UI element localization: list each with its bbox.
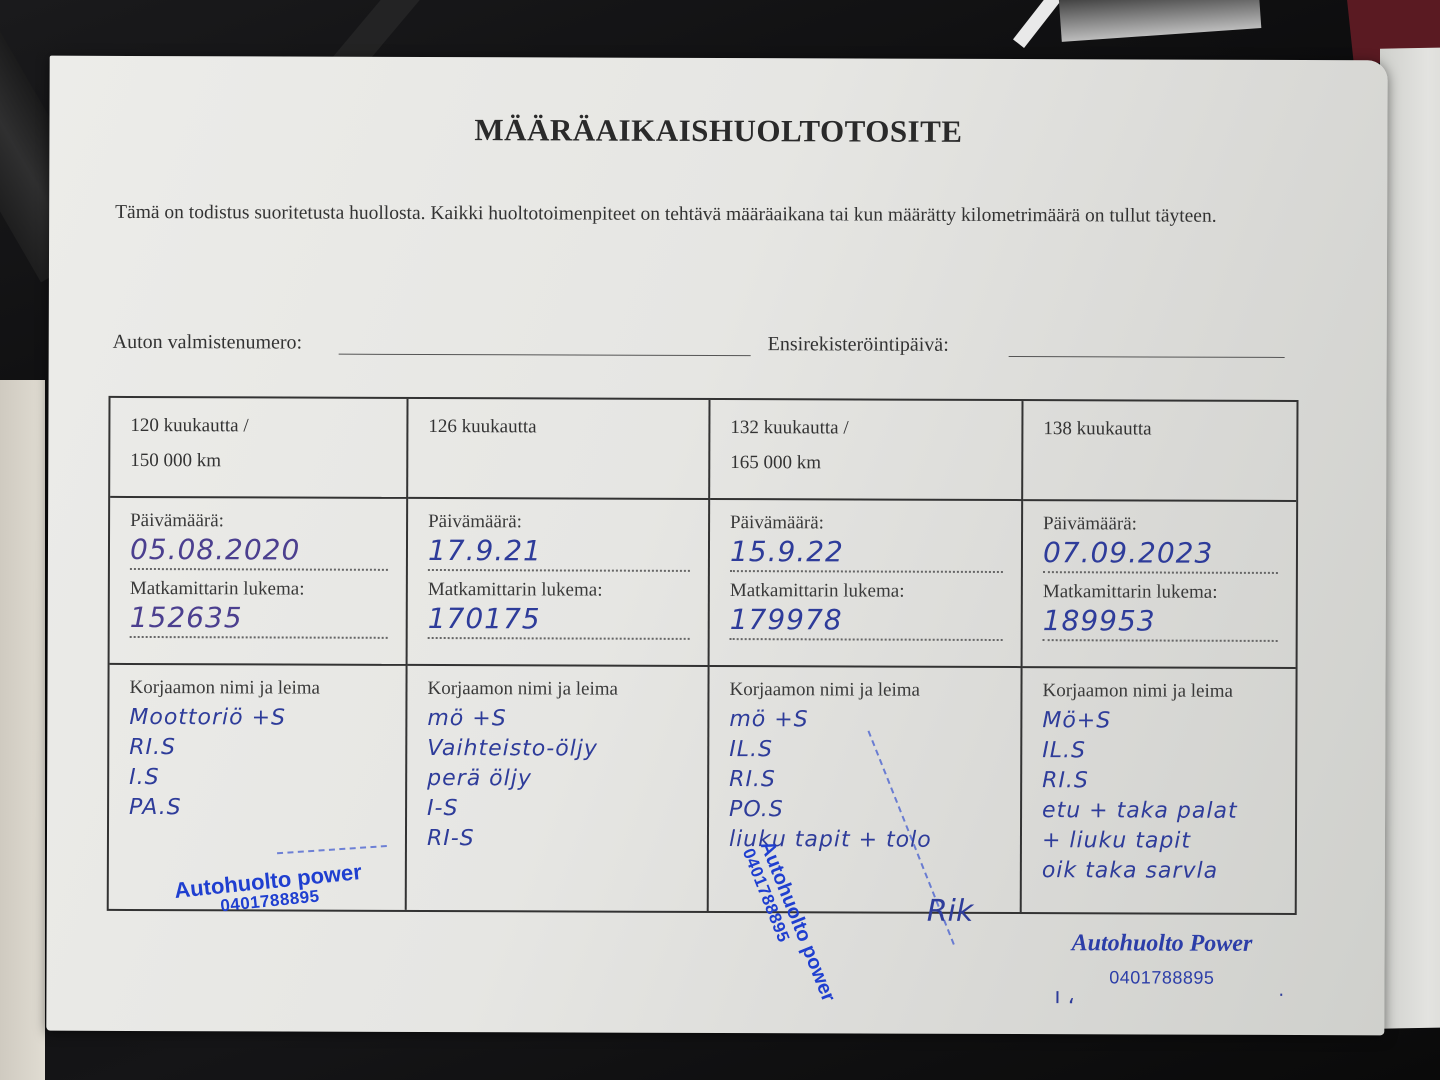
interval-months: 120 kuukautta / xyxy=(130,408,386,444)
interval-cell-3: 132 kuukautta / 165 000 km xyxy=(710,400,1023,501)
work-item: PO.S xyxy=(729,795,1000,826)
work-list: Mö+SIL.SRI.Setu + taka palat+ liuku tapi… xyxy=(1042,706,1276,887)
workshop-label: Korjaamon nimi ja leima xyxy=(729,679,1000,702)
odometer-label: Matkamittarin lukema: xyxy=(730,580,1001,603)
date-label: Päivämäärä: xyxy=(1043,513,1276,536)
date-value[interactable]: 15.9.22 xyxy=(730,534,1003,573)
interval-months: 132 kuukautta / xyxy=(730,410,1001,446)
work-item: oik taka sarvla xyxy=(1042,856,1275,887)
work-item: I.S xyxy=(129,763,385,794)
signature: Rik xyxy=(927,894,974,929)
date-value[interactable]: 17.9.21 xyxy=(428,533,690,572)
workshop-cell-2: Korjaamon nimi ja leima mö +SVaihteisto-… xyxy=(407,666,710,911)
workshop-label: Korjaamon nimi ja leima xyxy=(129,677,385,700)
interval-months: 138 kuukautta xyxy=(1043,411,1276,447)
background-object xyxy=(1013,0,1061,48)
service-record-page: MÄÄRÄAIKAISHUOLTOTOSITE Tämä on todistus… xyxy=(46,56,1387,1036)
work-item: RI.S xyxy=(129,733,385,764)
work-item: PA.S xyxy=(129,793,385,824)
background-object xyxy=(1059,0,1262,42)
work-item: perä öljy xyxy=(427,764,687,795)
work-item: mö +S xyxy=(729,705,1000,736)
date-value[interactable]: 05.08.2020 xyxy=(130,532,388,571)
work-item: RI.S xyxy=(1042,766,1275,797)
date-odometer-cell-4: Päivämäärä: 07.09.2023 Matkamittarin luk… xyxy=(1023,501,1297,669)
odometer-label: Matkamittarin lukema: xyxy=(428,579,688,602)
date-label: Päivämäärä: xyxy=(730,512,1001,535)
work-item: I-S xyxy=(427,794,687,825)
odometer-value[interactable]: 152635 xyxy=(130,600,388,639)
page-title: MÄÄRÄAIKAISHUOLTOTOSITE xyxy=(49,111,1387,152)
vehicle-fields: Auton valmistenumero: Ensirekisteröintip… xyxy=(113,331,1293,335)
photo-scene: MÄÄRÄAIKAISHUOLTOTOSITE Tämä on todistus… xyxy=(0,0,1440,1080)
date-value[interactable]: 07.09.2023 xyxy=(1043,535,1278,574)
first-registration-field[interactable] xyxy=(1009,356,1285,358)
date-label: Päivämäärä: xyxy=(130,510,386,533)
ink-mark: · xyxy=(1278,985,1284,1006)
interval-months: 126 kuukautta xyxy=(428,409,688,445)
first-registration-label: Ensirekisteröintipäivä: xyxy=(768,333,949,357)
work-item: IL.S xyxy=(1042,736,1275,767)
work-item: RI-S xyxy=(427,824,687,855)
facing-page xyxy=(1380,47,1440,1028)
work-item: IL.S xyxy=(729,735,1000,766)
work-item: + liuku tapit xyxy=(1042,826,1275,857)
interval-cell-4: 138 kuukautta xyxy=(1023,401,1296,502)
vin-field[interactable] xyxy=(339,354,751,356)
odometer-value[interactable]: 179978 xyxy=(730,602,1003,641)
work-item: Moottoriö +S xyxy=(129,703,385,734)
vin-label: Auton valmistenumero: xyxy=(113,331,303,355)
intro-text: Tämä on todistus suoritetusta huollosta.… xyxy=(115,196,1315,234)
date-odometer-cell-1: Päivämäärä: 05.08.2020 Matkamittarin luk… xyxy=(110,498,409,666)
work-list: Moottoriö +SRI.SI.SPA.S xyxy=(129,703,385,824)
odometer-value[interactable]: 189953 xyxy=(1043,603,1278,642)
workshop-label: Korjaamon nimi ja leima xyxy=(1042,680,1275,703)
work-list: mö +SIL.SRI.SPO.Sliuku tapit + tolo xyxy=(729,705,1001,856)
work-list: mö +SVaihteisto-öljyperä öljyI-SRI-S xyxy=(427,704,688,855)
odometer-label: Matkamittarin lukema: xyxy=(1043,581,1276,604)
odometer-value[interactable]: 170175 xyxy=(428,601,690,640)
interval-cell-2: 126 kuukautta xyxy=(408,399,710,500)
date-odometer-cell-2: Päivämäärä: 17.9.21 Matkamittarin lukema… xyxy=(408,499,711,667)
stamp-name: Autohuolto Power xyxy=(1072,931,1253,957)
odometer-label: Matkamittarin lukema: xyxy=(130,578,386,601)
date-label: Päivämäärä: xyxy=(428,511,688,534)
work-item: Vaihteisto-öljy xyxy=(427,734,687,765)
work-item: RI.S xyxy=(729,765,1000,796)
background-paper xyxy=(0,380,45,1080)
workshop-cell-4: Korjaamon nimi ja leima Mö+SIL.SRI.Setu … xyxy=(1022,668,1296,913)
work-item: Mö+S xyxy=(1042,706,1275,737)
interval-km: 150 000 km xyxy=(130,443,386,479)
interval-cell-1: 120 kuukautta / 150 000 km xyxy=(110,398,408,499)
work-item: mö +S xyxy=(427,704,687,735)
service-grid: 120 kuukautta / 150 000 km 126 kuukautta… xyxy=(107,396,1299,915)
date-odometer-cell-3: Päivämäärä: 15.9.22 Matkamittarin lukema… xyxy=(710,500,1024,668)
stamp-phone: 0401788895 xyxy=(1071,968,1252,988)
workshop-stamp-3: Autohuolto Power 0401788895 xyxy=(1071,931,1252,988)
workshop-label: Korjaamon nimi ja leima xyxy=(427,678,687,701)
ink-mark: ı ، xyxy=(1054,984,1074,1009)
work-item: etu + taka palat xyxy=(1042,796,1275,827)
interval-km: 165 000 km xyxy=(730,445,1001,481)
